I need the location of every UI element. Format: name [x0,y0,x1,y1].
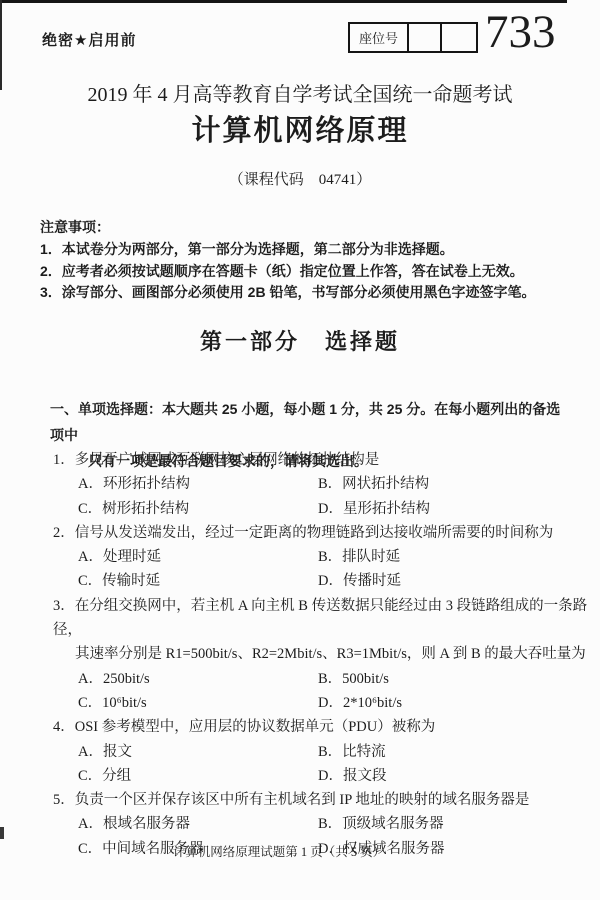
question-2-option-d: D．传播时延 [318,569,600,593]
question-list: 1．多见于广域网或互联网核心层网络的拓扑结构是 A．环形拓扑结构 B．网状拓扑结… [0,448,600,861]
question-3-options: A．250bit/s B．500bit/s C．10⁶bit/s D．2*10⁶… [0,667,600,716]
question-4-options: A．报文 B．比特流 C．分组 D．报文段 [0,740,600,789]
course-code: （课程代码 04741） [0,168,600,189]
seat-number-cell-1 [409,24,442,51]
classification-label: 绝密★启用前 [42,29,136,50]
question-3-option-b: B．500bit/s [318,667,600,691]
question-2-option-c: C．传输时延 [78,569,318,593]
notice-item-2: 2．应考者必须按试题顺序在答题卡（纸）指定位置上作答，答在试卷上无效。 [40,261,580,283]
scan-artifact-top-line [0,0,567,3]
notices-block: 注意事项： 1．本试卷分为两部分，第一部分为选择题，第二部分为非选择题。 2．应… [40,217,580,304]
question-2-option-b: B．排队时延 [318,545,600,569]
notice-item-1: 1．本试卷分为两部分，第一部分为选择题，第二部分为非选择题。 [40,239,580,261]
page-footer: 计算机网络原理试题第 1 页（共 5 页） [0,842,558,860]
question-1-text: 1．多见于广域网或互联网核心层网络的拓扑结构是 [0,448,600,472]
section-heading: 第一部分 选择题 [0,325,600,356]
seat-number-label: 座位号 [350,24,409,51]
question-4-option-b: B．比特流 [318,740,600,764]
scan-artifact-left-line [0,0,2,90]
question-5-option-b: B．顶级域名服务器 [318,812,600,836]
question-4-option-d: D．报文段 [318,764,600,788]
question-2-options: A．处理时延 B．排队时延 C．传输时延 D．传播时延 [0,545,600,594]
question-2-option-a: A．处理时延 [78,545,318,569]
question-3-option-a: A．250bit/s [78,667,318,691]
question-1-option-a: A．环形拓扑结构 [78,472,318,496]
question-3-text: 3．在分组交换网中，若主机 A 向主机 B 传送数据只能经过由 3 段链路组成的… [0,594,600,643]
exam-paper-page: 绝密★启用前 座位号 733 2019 年 4 月高等教育自学考试全国统一命题考… [0,0,600,900]
question-1-options: A．环形拓扑结构 B．网状拓扑结构 C．树形拓扑结构 D．星形拓扑结构 [0,472,600,521]
exam-session-title: 2019 年 4 月高等教育自学考试全国统一命题考试 [0,78,600,107]
notices-heading: 注意事项： [40,217,580,239]
paper-title: 计算机网络原理 [0,108,600,149]
paper-number: 733 [485,8,556,57]
seat-number-cell-2 [442,24,476,51]
question-5-option-a: A．根域名服务器 [78,812,318,836]
question-3-text-cont: 其速率分别是 R1=500bit/s、R2=2Mbit/s、R3=1Mbit/s… [0,642,600,666]
question-4-option-a: A．报文 [78,740,318,764]
question-2-text: 2．信号从发送端发出，经过一定距离的物理链路到达接收端所需要的时间称为 [0,521,600,545]
question-4-option-c: C．分组 [78,764,318,788]
question-4-text: 4．OSI 参考模型中，应用层的协议数据单元（PDU）被称为 [0,715,600,739]
question-5-text: 5．负责一个区并保存该区中所有主机域名到 IP 地址的映射的域名服务器是 [0,788,600,812]
instruction-line-1: 一、单项选择题：本大题共 25 小题，每小题 1 分，共 25 分。在每小题列出… [50,396,570,448]
question-3-option-d: D．2*10⁶bit/s [318,691,600,715]
seat-number-box: 座位号 [348,22,478,53]
question-1-option-c: C．树形拓扑结构 [78,497,318,521]
question-1: 1．多见于广域网或互联网核心层网络的拓扑结构是 A．环形拓扑结构 B．网状拓扑结… [0,448,600,521]
notice-item-3: 3．涂写部分、画图部分必须使用 2B 铅笔，书写部分必须使用黑色字迹签字笔。 [40,282,580,304]
question-4: 4．OSI 参考模型中，应用层的协议数据单元（PDU）被称为 A．报文 B．比特… [0,715,600,788]
question-1-option-b: B．网状拓扑结构 [318,472,600,496]
question-3: 3．在分组交换网中，若主机 A 向主机 B 传送数据只能经过由 3 段链路组成的… [0,594,600,715]
question-3-option-c: C．10⁶bit/s [78,691,318,715]
question-2: 2．信号从发送端发出，经过一定距离的物理链路到达接收端所需要的时间称为 A．处理… [0,521,600,594]
question-1-option-d: D．星形拓扑结构 [318,497,600,521]
